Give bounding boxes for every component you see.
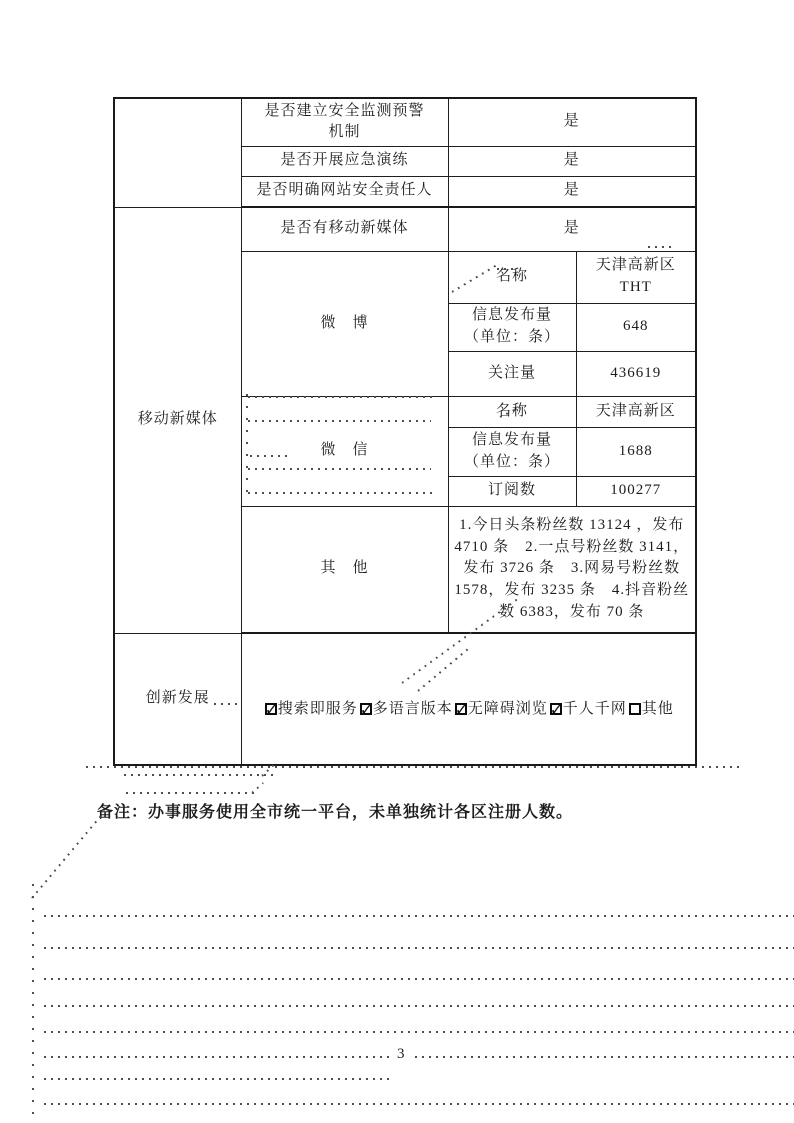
- row-value: 是: [448, 98, 696, 146]
- checkbox-icon: [629, 703, 641, 715]
- scan-artifact-dotted-line: [248, 492, 433, 494]
- row-label: 订阅数: [448, 476, 576, 506]
- wechat-label: 微 信: [241, 396, 448, 506]
- weibo-label: 微 博: [241, 251, 448, 396]
- scan-artifact-dotted-line: [44, 1078, 390, 1080]
- scan-artifact-dotted-line: [251, 782, 263, 794]
- scan-artifact-dotted-line: [248, 420, 431, 422]
- scan-artifact-dotted-line: [124, 774, 274, 776]
- row-label: 信息发布量 （单位：条）: [448, 427, 576, 476]
- innovation-option-label: 其他: [642, 701, 674, 717]
- weibo-name-value: 天津高新区 THT: [576, 251, 696, 303]
- scan-artifact-dotted-line: [32, 884, 34, 1123]
- weibo-followers-value: 436619: [576, 351, 696, 396]
- section-label-mobile-media: 移动新媒体: [114, 207, 241, 633]
- innovation-option-label: 搜索即服务: [278, 701, 358, 717]
- row-label: 是否建立安全监测预警 机制: [241, 98, 448, 146]
- checkbox-icon: [455, 703, 467, 715]
- innovation-options: 搜索即服务多语言版本无障碍浏览千人千网其他: [241, 633, 696, 765]
- scan-artifact-dotted-line: [31, 806, 109, 898]
- wechat-posts-value: 1688: [576, 427, 696, 476]
- innovation-option-label: 千人千网: [563, 701, 627, 717]
- innovation-option-label: 多语言版本: [373, 701, 453, 717]
- scan-artifact-dotted-line: [86, 766, 741, 768]
- scan-artifact-dotted-line: [44, 1056, 794, 1058]
- row-label: 是否有移动新媒体: [241, 207, 448, 251]
- scan-artifact-dotted-line: [248, 396, 433, 398]
- scan-artifact-dotted-line: [44, 1005, 794, 1007]
- scan-artifact-dotted-line: [126, 792, 256, 794]
- scan-artifact-dotted-line: [497, 268, 515, 270]
- scan-artifact-dotted-line: [44, 1103, 794, 1105]
- row-label: 是否开展应急演练: [241, 146, 448, 176]
- weibo-posts-value: 648: [576, 303, 696, 351]
- page-number: 3: [390, 1046, 412, 1063]
- checkbox-icon: [360, 703, 372, 715]
- row-value: 是: [448, 207, 696, 251]
- other-label: 其 他: [241, 506, 448, 633]
- row-label: 关注量: [448, 351, 576, 396]
- row-value: 是: [448, 146, 696, 176]
- section-cell-empty: [114, 98, 241, 207]
- scan-artifact-dotted-line: [44, 978, 794, 980]
- row-value: 是: [448, 176, 696, 207]
- checkbox-icon: [265, 703, 277, 715]
- section-label-innovation: 创新发展: [114, 633, 241, 765]
- innovation-option-label: 无障碍浏览: [468, 701, 548, 717]
- scan-artifact-dotted-line: [214, 703, 240, 705]
- table-row: 是否建立安全监测预警 机制 是: [114, 98, 696, 146]
- scan-artifact-dotted-line: [246, 394, 248, 502]
- scan-artifact-dotted-line: [250, 455, 290, 457]
- row-label: 是否明确网站安全责任人: [241, 176, 448, 207]
- table-row: 移动新媒体 是否有移动新媒体 是: [114, 207, 696, 251]
- scan-artifact-dotted-line: [44, 947, 794, 949]
- scan-artifact-dotted-line: [648, 246, 674, 248]
- wechat-subs-value: 100277: [576, 476, 696, 506]
- scan-artifact-dotted-line: [44, 1031, 794, 1033]
- footnote: 备注：办事服务使用全市统一平台，未单独统计各区注册人数。: [97, 799, 573, 822]
- scan-artifact-dotted-line: [44, 915, 794, 917]
- table-row: 创新发展 搜索即服务多语言版本无障碍浏览千人千网其他: [114, 633, 696, 765]
- scan-artifact-dotted-line: [248, 468, 431, 470]
- checkbox-icon: [550, 703, 562, 715]
- row-label: 名称: [448, 251, 576, 303]
- other-platforms-value: 1.今日头条粉丝数 13124 ，发布 4710 条 2.一点号粉丝数 3141…: [448, 506, 696, 633]
- document-page: 是否建立安全监测预警 机制 是 是否开展应急演练 是 是否明确网站安全责任人 是…: [0, 0, 794, 1123]
- row-label: 信息发布量 （单位：条）: [448, 303, 576, 351]
- wechat-name-value: 天津高新区: [576, 396, 696, 427]
- report-table: 是否建立安全监测预警 机制 是 是否开展应急演练 是 是否明确网站安全责任人 是…: [113, 97, 697, 766]
